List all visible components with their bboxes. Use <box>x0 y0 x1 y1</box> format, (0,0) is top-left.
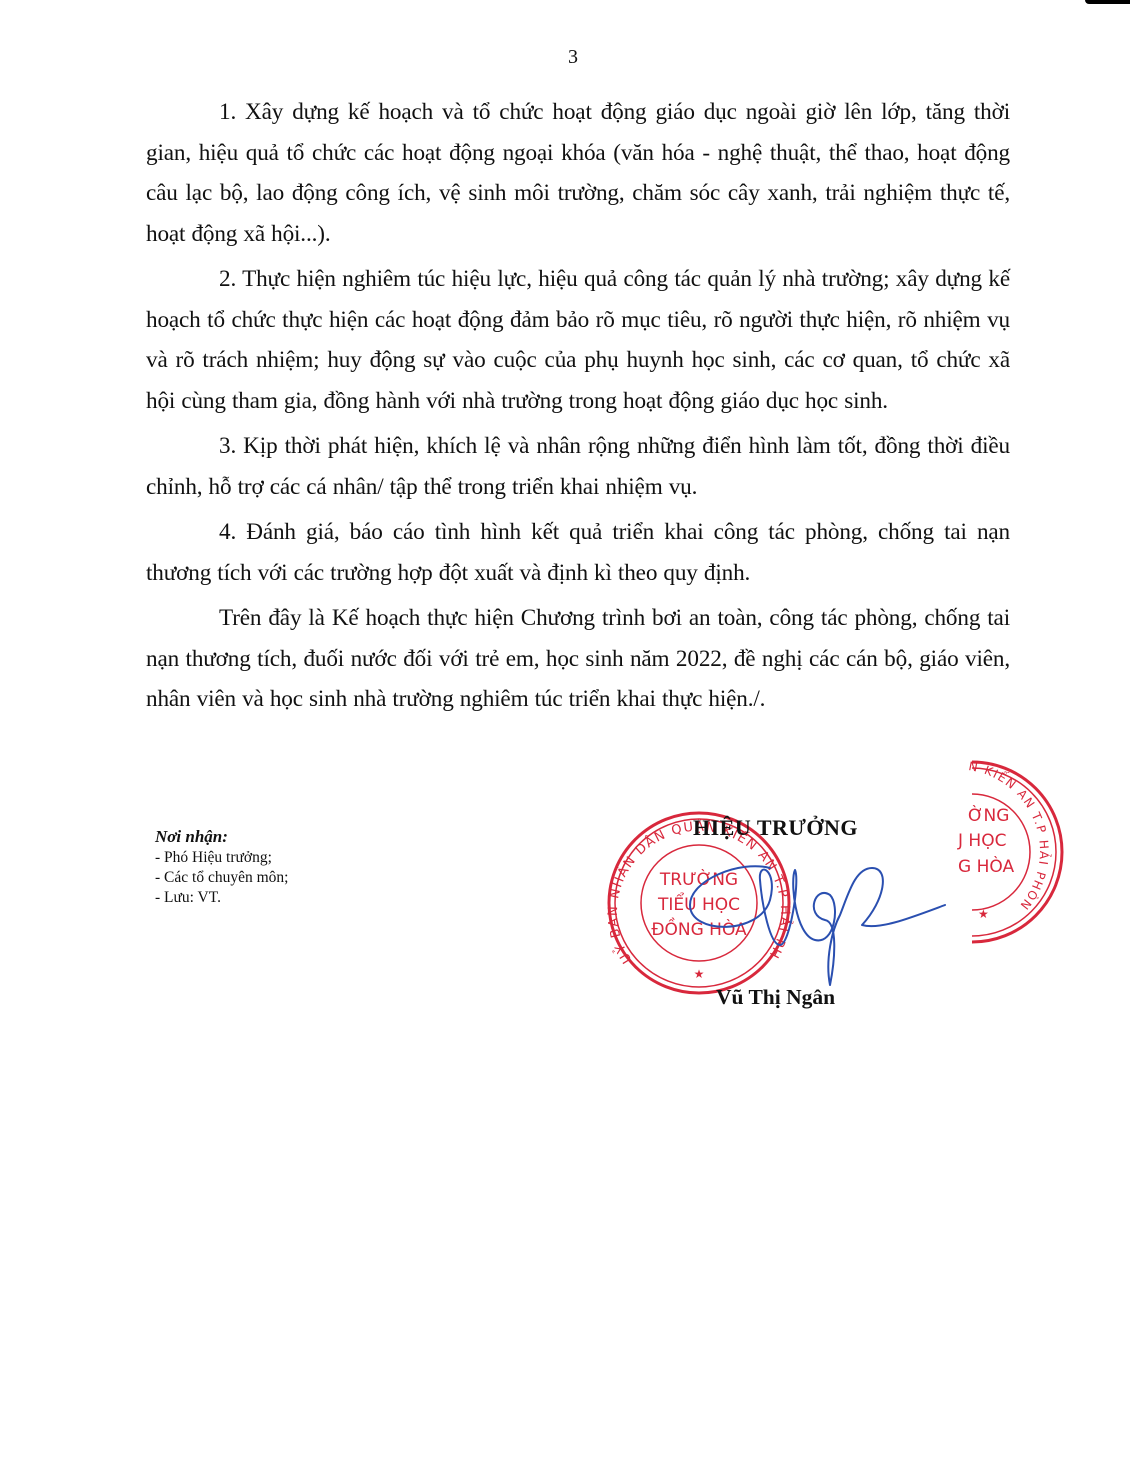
paragraph-3: 3. Kịp thời phát hiện, khích lệ và nhân … <box>146 426 1010 507</box>
document-body: 1. Xây dựng kế hoạch và tổ chức hoạt độn… <box>146 92 1010 725</box>
recipients-label: Nơi nhận: <box>155 826 288 848</box>
recipient-item: - Lưu: VT. <box>155 888 288 908</box>
signatory-title: HIỆU TRƯỞNG <box>693 815 858 841</box>
paragraph-1: 1. Xây dựng kế hoạch và tổ chức hoạt độn… <box>146 92 1010 254</box>
partial-stamp-line-2: J HỌC <box>957 831 1006 851</box>
stamp-line-3: ĐỒNG HÒA <box>651 916 747 940</box>
scan-corner-mark <box>1085 0 1130 4</box>
partial-stamp-line-3: G HÒA <box>958 855 1014 877</box>
paragraph-2: 2. Thực hiện nghiêm túc hiệu lực, hiệu q… <box>146 259 1010 421</box>
recipient-item: - Các tổ chuyên môn; <box>155 868 288 888</box>
partial-stamp-star-icon: ★ <box>978 907 989 921</box>
paragraph-4: 4. Đánh giá, báo cáo tình hình kết quả t… <box>146 512 1010 593</box>
closing-paragraph: Trên đây là Kế hoạch thực hiện Chương tr… <box>146 598 1010 720</box>
stamp-line-2: TIỂU HỌC <box>657 891 740 915</box>
stamp-line-1: TRƯỜNG <box>659 868 738 890</box>
recipients-block: Nơi nhận: - Phó Hiệu trưởng; - Các tổ ch… <box>155 826 288 908</box>
recipient-item: - Phó Hiệu trưởng; <box>155 848 288 868</box>
stamp-star-icon: ★ <box>694 967 705 981</box>
page-number: 3 <box>0 46 1130 69</box>
handwritten-signature <box>690 866 945 985</box>
partial-stamp-line-1: ỜNG <box>968 804 1009 826</box>
signatory-name: Vũ Thị Ngân <box>716 985 835 1010</box>
